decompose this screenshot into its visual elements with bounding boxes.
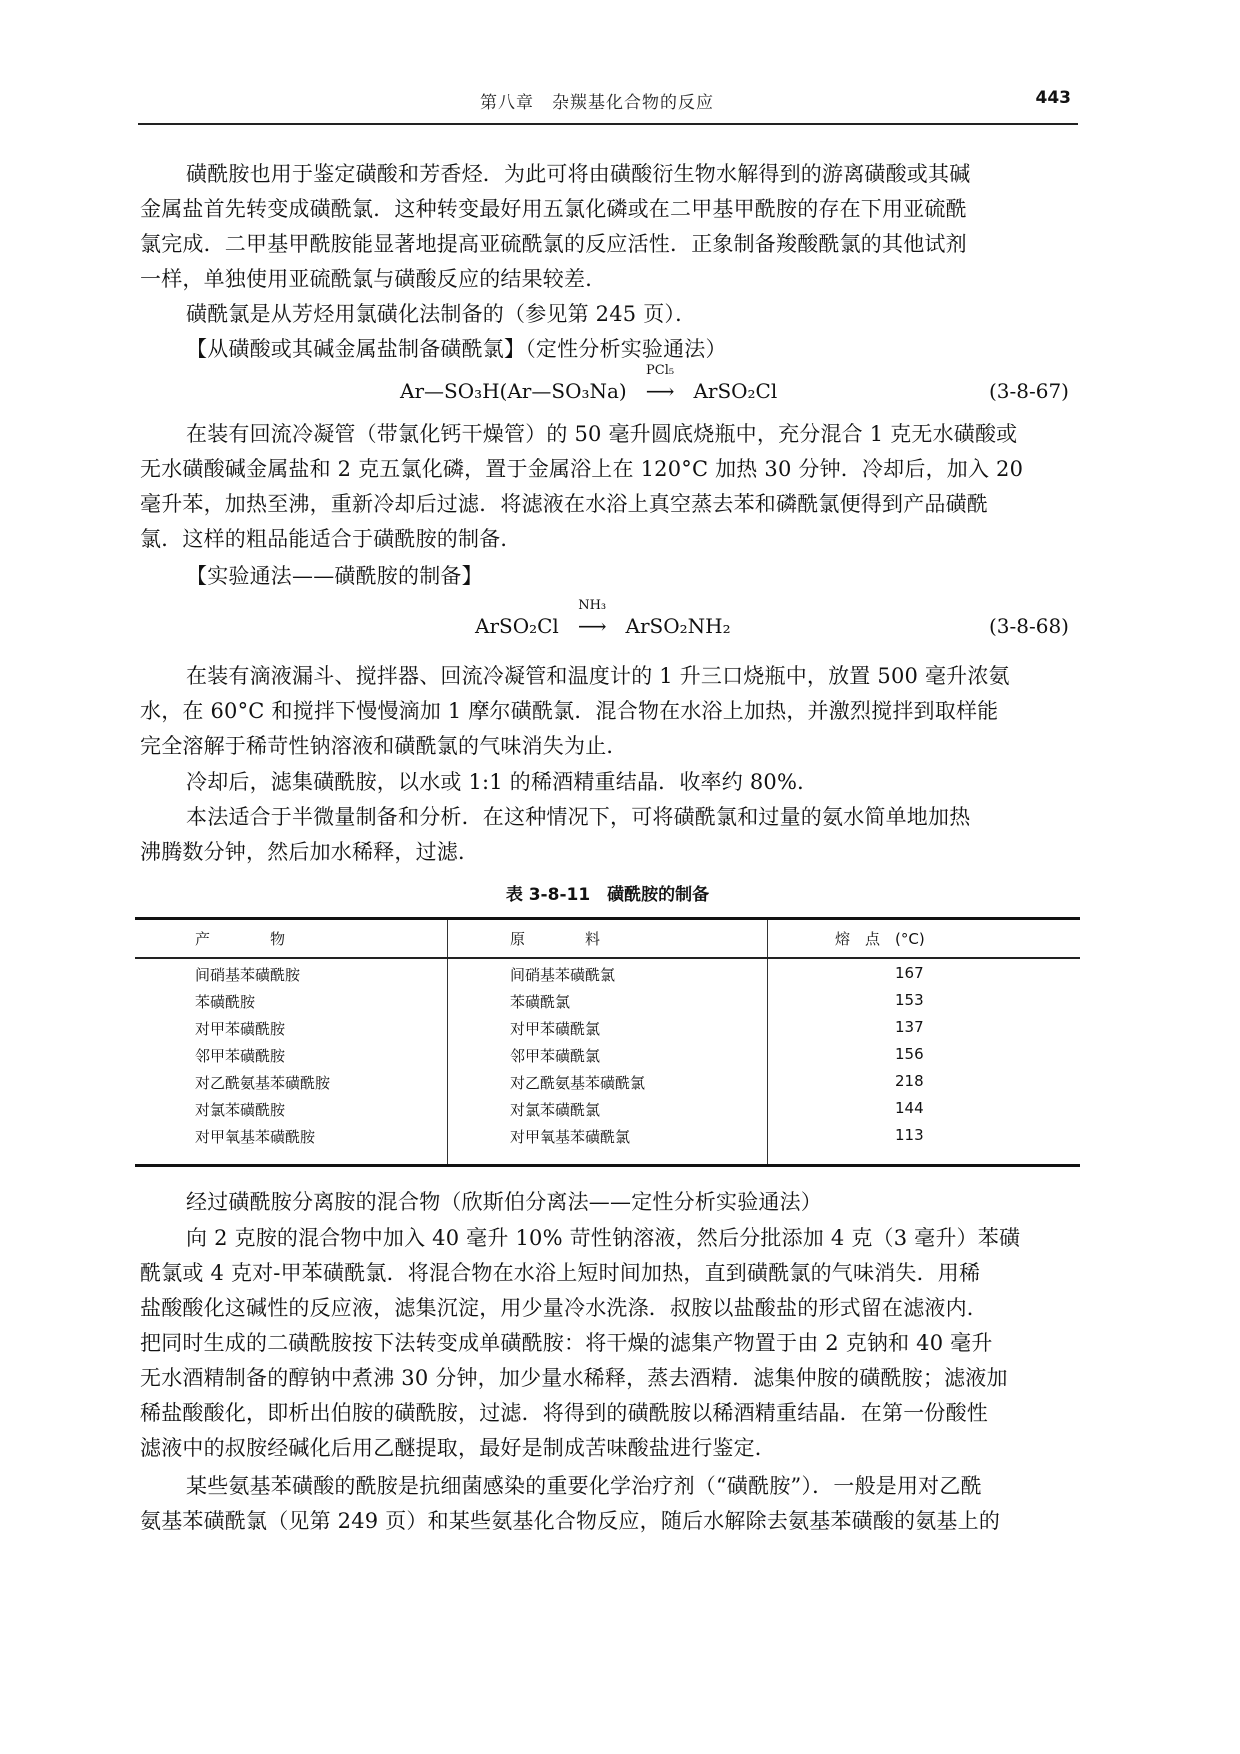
cell-product: 对甲氧基苯磺酰胺 [195,1126,315,1147]
paragraph-line: 无水酒精制备的醇钠中煮沸 30 分钟，加少量水稀释，蒸去酒精．滤集仲胺的磺酰胺；… [140,1364,1075,1392]
cell-melting-point: 167 [895,964,924,982]
paragraph-line: 磺酰胺也用于鉴定磺酸和芳香烃．为此可将由磺酸衍生物水解得到的游离磺酸或其碱 [140,160,1075,188]
document-page: 第八章 杂羰基化合物的反应 443 磺酰胺也用于鉴定磺酸和芳香烃．为此可将由磺酸… [0,0,1240,1754]
running-head: 第八章 杂羰基化合物的反应 443 [140,88,1075,114]
cell-melting-point: 153 [895,991,924,1009]
table-header-rule [135,957,1080,959]
table-row: 对甲苯磺酰胺 对甲苯磺酰氯 137 [135,1018,1080,1045]
table-top-rule [135,917,1080,920]
equation-formula: Ar—SO₃H(Ar—SO₃Na) PCl₅ ⟶ ArSO₂Cl [400,379,777,403]
paragraph-line: 盐酸酸化这碱性的反应液，滤集沉淀，用少量冷水洗涤．叔胺以盐酸盐的形式留在滤液内． [140,1294,1075,1322]
table-caption: 表 3-8-11 磺酰胺的制备 [140,880,1075,905]
cell-material: 苯磺酰氯 [510,991,570,1012]
page-number: 443 [1036,88,1072,108]
cell-material: 间硝基苯磺酰氯 [510,964,615,985]
paragraph-line: 磺酰氯是从芳烃用氯磺化法制备的（参见第 245 页）． [140,300,1075,328]
cell-product: 邻甲苯磺酰胺 [195,1045,285,1066]
paragraph-line: 某些氨基苯磺酸的酰胺是抗细菌感染的重要化学治疗剂（“磺酰胺”）．一般是用对乙酰 [140,1472,1075,1500]
cell-product: 对甲苯磺酰胺 [195,1018,285,1039]
equation-3-8-68: ArSO₂Cl NH₃ ⟶ ArSO₂NH₂ (3-8-68) [140,610,1075,644]
table-bottom-rule [135,1164,1080,1167]
cell-melting-point: 218 [895,1072,924,1090]
equation-formula: ArSO₂Cl NH₃ ⟶ ArSO₂NH₂ [475,614,731,638]
column-header-material: 原 料 [510,928,600,949]
cell-product: 对乙酰氨基苯磺酰胺 [195,1072,330,1093]
equation-product: ArSO₂NH₂ [626,614,731,638]
paragraph-line: 氨基苯磺酰氯（见第 249 页）和某些氨基化合物反应，随后水解除去氨基苯磺酸的氨… [140,1507,1075,1535]
equation-number: (3-8-67) [989,379,1069,403]
equation-reagent: NH₃ [569,598,615,613]
cell-melting-point: 156 [895,1045,924,1063]
table-row: 间硝基苯磺酰胺 间硝基苯磺酰氯 167 [135,964,1080,991]
cell-product: 间硝基苯磺酰胺 [195,964,300,985]
header-rule [138,123,1078,125]
cell-product: 苯磺酰胺 [195,991,255,1012]
paragraph-line: 无水磺酸碱金属盐和 2 克五氯化磷，置于金属浴上在 120°C 加热 30 分钟… [140,455,1075,483]
section-heading: 经过磺酰胺分离胺的混合物（欣斯伯分离法——定性分析实验通法） [140,1188,1075,1216]
paragraph-line: 本法适合于半微量制备和分析．在这种情况下，可将磺酰氯和过量的氨水简单地加热 [140,803,1075,831]
paragraph-line: 向 2 克胺的混合物中加入 40 毫升 10% 苛性钠溶液，然后分批添加 4 克… [140,1224,1075,1252]
equation-reactant: ArSO₂Cl [475,614,559,638]
paragraph-line: 氯．这样的粗品能适合于磺酰胺的制备． [140,525,1075,553]
paragraph-line: 稀盐酸酸化，即析出伯胺的磺酰胺，过滤．将得到的磺酰胺以稀酒精重结晶．在第一份酸性 [140,1399,1075,1427]
cell-melting-point: 113 [895,1126,924,1144]
paragraph-line: 金属盐首先转变成磺酰氯．这种转变最好用五氯化磷或在二甲基甲酰胺的存在下用亚硫酰 [140,195,1075,223]
table-row: 对乙酰氨基苯磺酰胺 对乙酰氨基苯磺酰氯 218 [135,1072,1080,1099]
paragraph-line: 水，在 60°C 和搅拌下慢慢滴加 1 摩尔磺酰氯．混合物在水浴上加热，并激烈搅… [140,697,1075,725]
paragraph-line: 氯完成．二甲基甲酰胺能显著地提高亚硫酰氯的反应活性．正象制备羧酸酰氯的其他试剂 [140,230,1075,258]
paragraph-line: 沸腾数分钟，然后加水稀释，过滤． [140,838,1075,866]
paragraph-line: 酰氯或 4 克对-甲苯磺酰氯．将混合物在水浴上短时间加热，直到磺酰氯的气味消失．… [140,1259,1075,1287]
column-header-product: 产 物 [195,928,285,949]
reaction-arrow: PCl₅ ⟶ [637,379,683,403]
paragraph-line: 滤液中的叔胺经碱化后用乙醚提取，最好是制成苦味酸盐进行鉴定． [140,1434,1075,1462]
paragraph-line: 毫升苯，加热至沸，重新冷却后过滤．将滤液在水浴上真空蒸去苯和磷酰氯便得到产品磺酰 [140,490,1075,518]
table-row: 对甲氧基苯磺酰胺 对甲氧基苯磺酰氯 113 [135,1126,1080,1153]
cell-material: 对乙酰氨基苯磺酰氯 [510,1072,645,1093]
cell-melting-point: 144 [895,1099,924,1117]
paragraph-line: 把同时生成的二磺酰胺按下法转变成单磺酰胺：将干燥的滤集产物置于由 2 克钠和 4… [140,1329,1075,1357]
equation-3-8-67: Ar—SO₃H(Ar—SO₃Na) PCl₅ ⟶ ArSO₂Cl (3-8-67… [140,375,1075,409]
reaction-arrow: NH₃ ⟶ [569,614,615,638]
cell-material: 对甲苯磺酰氯 [510,1018,600,1039]
paragraph-line: 冷却后，滤集磺酰胺，以水或 1:1 的稀酒精重结晶．收率约 80%． [140,768,1075,796]
paragraph-line: 在装有回流冷凝管（带氯化钙干燥管）的 50 毫升圆底烧瓶中，充分混合 1 克无水… [140,420,1075,448]
equation-product: ArSO₂Cl [693,379,777,403]
cell-material: 对甲氧基苯磺酰氯 [510,1126,630,1147]
cell-material: 邻甲苯磺酰氯 [510,1045,600,1066]
equation-number: (3-8-68) [989,614,1069,638]
section-heading: 【从磺酸或其碱金属盐制备磺酰氯】（定性分析实验通法） [140,335,1075,363]
equation-reactant: Ar—SO₃H(Ar—SO₃Na) [400,379,627,403]
table-row: 对氯苯磺酰胺 对氯苯磺酰氯 144 [135,1099,1080,1126]
equation-reagent: PCl₅ [637,363,683,378]
table-row: 苯磺酰胺 苯磺酰氯 153 [135,991,1080,1018]
section-heading: 【实验通法——磺酰胺的制备】 [140,562,1075,590]
paragraph-line: 一样，单独使用亚硫酰氯与磺酸反应的结果较差． [140,265,1075,293]
cell-product: 对氯苯磺酰胺 [195,1099,285,1120]
arrow-icon: ⟶ [646,379,675,403]
cell-melting-point: 137 [895,1018,924,1036]
arrow-icon: ⟶ [578,614,607,638]
chapter-title: 第八章 杂羰基化合物的反应 [480,88,714,113]
table-row: 邻甲苯磺酰胺 邻甲苯磺酰氯 156 [135,1045,1080,1072]
paragraph-line: 在装有滴液漏斗、搅拌器、回流冷凝管和温度计的 1 升三口烧瓶中，放置 500 毫… [140,662,1075,690]
column-header-melting-point: 熔 点 (°C) [835,928,925,949]
cell-material: 对氯苯磺酰氯 [510,1099,600,1120]
paragraph-line: 完全溶解于稀苛性钠溶液和磺酰氯的气味消失为止． [140,732,1075,760]
